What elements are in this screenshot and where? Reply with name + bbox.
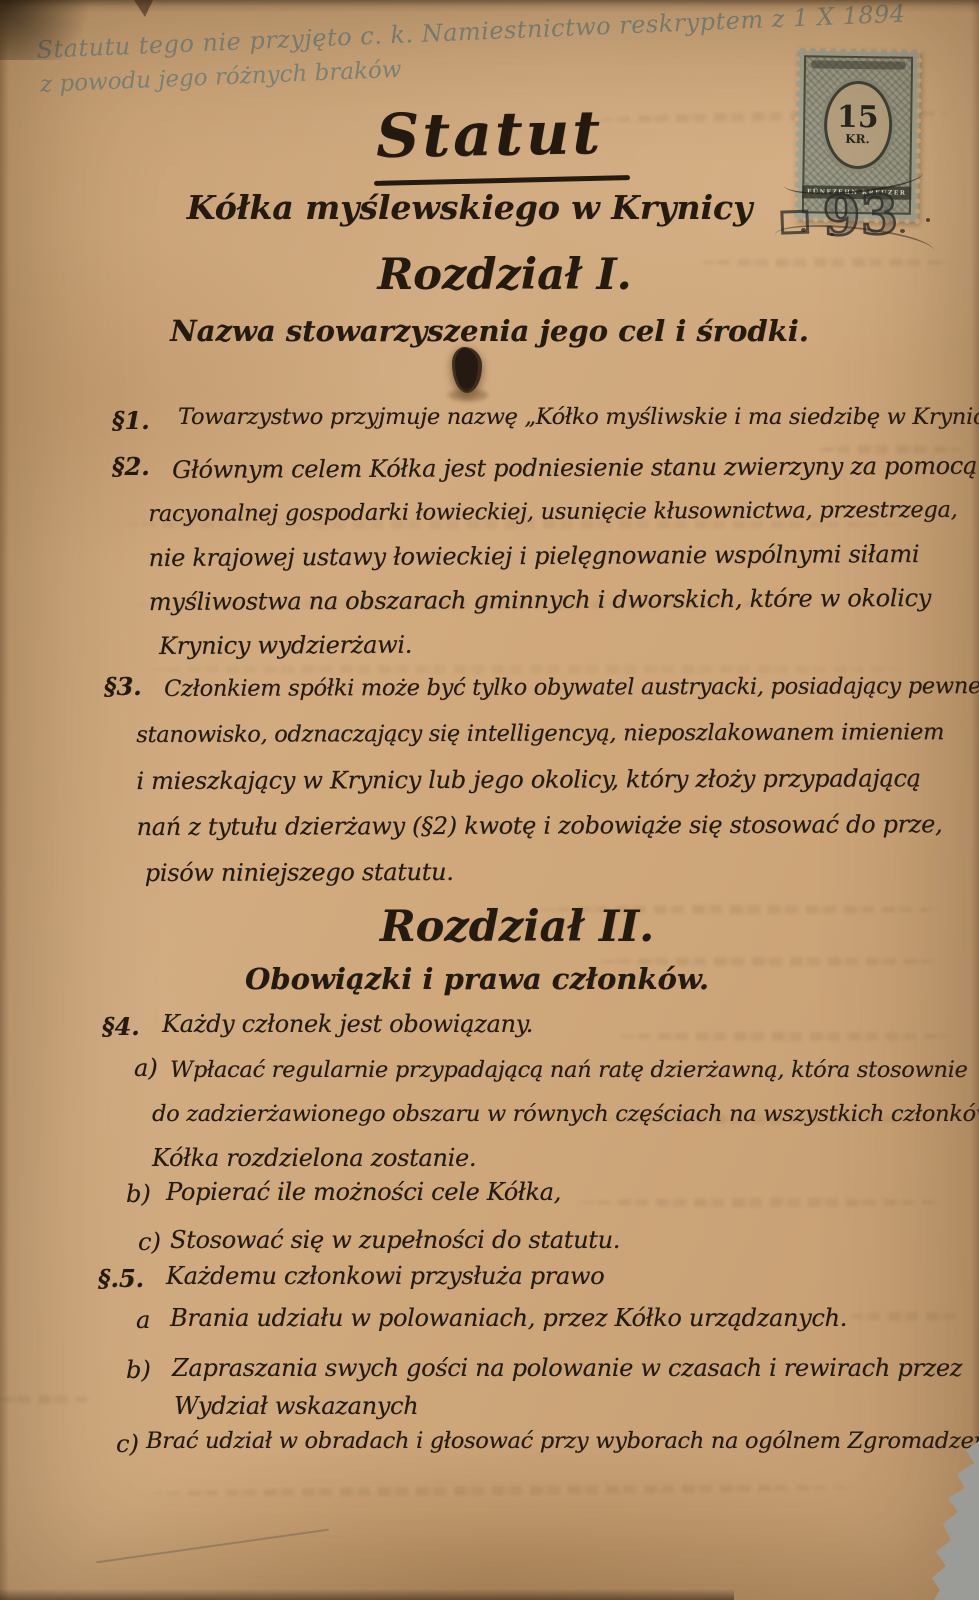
handwritten-line: racyonalnej gospodarki łowieckiej, usuni… <box>148 488 977 536</box>
section-4-label: §4. <box>102 1012 140 1041</box>
paper-tear <box>134 0 153 17</box>
item-b-label: b) <box>126 1356 151 1384</box>
section-5-intro: Każdemu członkowi przysłuża prawo <box>166 1262 604 1290</box>
chapter2-subheading: Obowiązki i prawa członków. <box>0 962 979 996</box>
document-subtitle: Kółka myślewskiego w Krynicy <box>0 188 939 227</box>
handwritten-line: do zadzierżawionego obszaru w równych cz… <box>152 1092 979 1136</box>
section-2-label: §2. <box>112 452 150 481</box>
pencil-stroke <box>96 1529 329 1564</box>
section-3-text: Członkiem spółki może być tylko obywatel… <box>136 663 979 896</box>
ink-speck <box>830 233 834 236</box>
handwritten-line: i mieszkający w Krynicy lub jego okolicy… <box>136 755 979 804</box>
pencil-annotation: Statutu tego nie przyjęto c. k. Namiestn… <box>36 0 908 98</box>
item-b-text: Popierać ile możności cele Kółka, <box>166 1178 561 1206</box>
page-edge-shadow <box>971 0 979 1600</box>
title-underline <box>374 175 630 186</box>
item-b-text: Zapraszania swych gości na polowanie w c… <box>172 1354 962 1382</box>
paper-sheet: Statutu tego nie przyjęto c. k. Namiestn… <box>0 0 979 1600</box>
handwritten-line: nań z tytułu dzierżawy (§2) kwotę i zobo… <box>136 801 979 850</box>
section-5-label: §.5. <box>98 1264 144 1293</box>
bleed-through-mark <box>0 1395 90 1404</box>
section-1-text: Towarzystwo przyjmuje nazwę „Kółko myśli… <box>178 404 979 430</box>
item-b-text-continued: Wydział wskazanych <box>174 1392 418 1420</box>
handwritten-line: nie krajowej ustawy łowieckiej i pielęgn… <box>148 532 977 580</box>
handwritten-line: pisów niniejszego statutu. <box>145 847 979 896</box>
stamp-top-banner <box>811 60 906 69</box>
ink-blot <box>452 347 482 393</box>
scanned-document-page: Statutu tego nie przyjęto c. k. Namiestn… <box>0 0 979 1600</box>
handwritten-line: myśliwostwa na obszarach gminnych i dwor… <box>149 576 978 624</box>
item-a-text: Brania udziału w polowaniach, przez Kółk… <box>170 1304 847 1332</box>
page-edge-shadow <box>0 0 9 1600</box>
handwritten-line: Członkiem spółki może być tylko obywatel… <box>164 663 979 712</box>
chapter1-heading: Rozdział I. <box>0 250 979 300</box>
chapter2-heading: Rozdział II. <box>0 902 979 952</box>
bleed-through-mark <box>580 1198 940 1207</box>
corner-shadow <box>0 0 110 60</box>
item-c-text: Brać udział w obradach i głosować przy w… <box>146 1428 979 1454</box>
ink-speck <box>801 228 806 232</box>
page-edge-shadow <box>0 1589 734 1600</box>
bleed-through-mark <box>850 1312 960 1321</box>
ink-speck <box>900 229 905 233</box>
item-b-label: b) <box>126 1180 151 1208</box>
section-4-intro: Każdy członek jest obowiązany. <box>162 1010 533 1038</box>
item-c-label: c) <box>138 1228 161 1256</box>
handwritten-line: Krynicy wydzierżawi. <box>159 620 978 668</box>
item-c-label: c) <box>116 1430 139 1458</box>
bleed-through-mark <box>620 1032 950 1041</box>
section-2-text: Głównym celem Kółka jest podniesienie st… <box>148 444 978 668</box>
item-c-text: Stosować się w zupełności do statutu. <box>170 1226 620 1254</box>
handwritten-line: Wpłacać regularnie przypadającą nań ratę… <box>170 1048 979 1092</box>
item-a-text: Wpłacać regularnie przypadającą nań ratę… <box>152 1048 979 1180</box>
handwritten-line: Głównym celem Kółka jest podniesienie st… <box>172 444 977 492</box>
item-a-label: a <box>136 1306 150 1334</box>
handwritten-line: Kółka rozdzielona zostanie. <box>152 1136 979 1180</box>
handwritten-line: stanowisko, odznaczający się intelligenc… <box>136 709 979 758</box>
section-1-label: §1. <box>112 406 150 435</box>
chapter1-subheading: Nazwa stowarzyszenia jego cel i środki. <box>0 314 979 348</box>
bleed-through-mark <box>150 1483 850 1498</box>
